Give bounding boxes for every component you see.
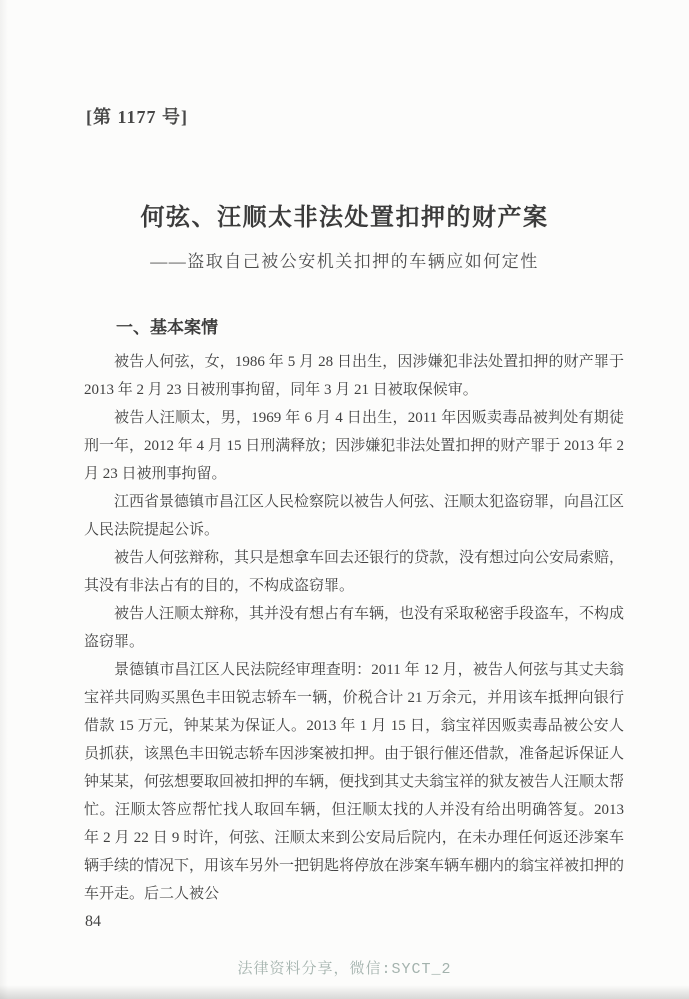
scan-edge-shadow-left — [0, 0, 8, 999]
case-subtitle: ——盗取自己被公安机关扣押的车辆应如何定性 — [0, 247, 689, 272]
scan-edge-shadow-bottom — [0, 985, 689, 999]
paragraph-defendant-hexian: 被告人何弦，女，1986 年 5 月 28 日出生，因涉嫌犯非法处置扣押的财产罪… — [84, 348, 624, 404]
paragraph-defendant-wangshuntai: 被告人汪顺太，男，1969 年 6 月 4 日出生，2011 年因贩卖毒品被判处… — [84, 404, 624, 488]
paragraph-wangshuntai-defense: 被告人汪顺太辩称，其并没有想占有车辆，也没有采取秘密手段盗车，不构成盗窃罪。 — [84, 600, 624, 656]
paragraph-hexian-defense: 被告人何弦辩称，其只是想拿车回去还银行的贷款，没有想过向公安局索赔，其没有非法占… — [84, 544, 624, 600]
watermark-footer: 法律资料分享，微信:SYCT_2 — [0, 957, 689, 978]
case-number: [第 1177 号] — [86, 103, 188, 129]
case-body: 被告人何弦，女，1986 年 5 月 28 日出生，因涉嫌犯非法处置扣押的财产罪… — [84, 348, 624, 908]
page-number: 84 — [85, 913, 101, 931]
scanned-document-page: [第 1177 号] 何弦、汪顺太非法处置扣押的财产案 ——盗取自己被公安机关扣… — [0, 0, 689, 999]
paragraph-court-findings: 景德镇市昌江区人民法院经审理查明：2011 年 12 月，被告人何弦与其丈夫翁宝… — [84, 656, 624, 908]
case-title: 何弦、汪顺太非法处置扣押的财产案 — [0, 197, 689, 232]
section-heading-basic-facts: 一、基本案情 — [116, 313, 218, 338]
paragraph-prosecution: 江西省景德镇市昌江区人民检察院以被告人何弦、汪顺太犯盗窃罪，向昌江区人民法院提起… — [84, 488, 624, 544]
